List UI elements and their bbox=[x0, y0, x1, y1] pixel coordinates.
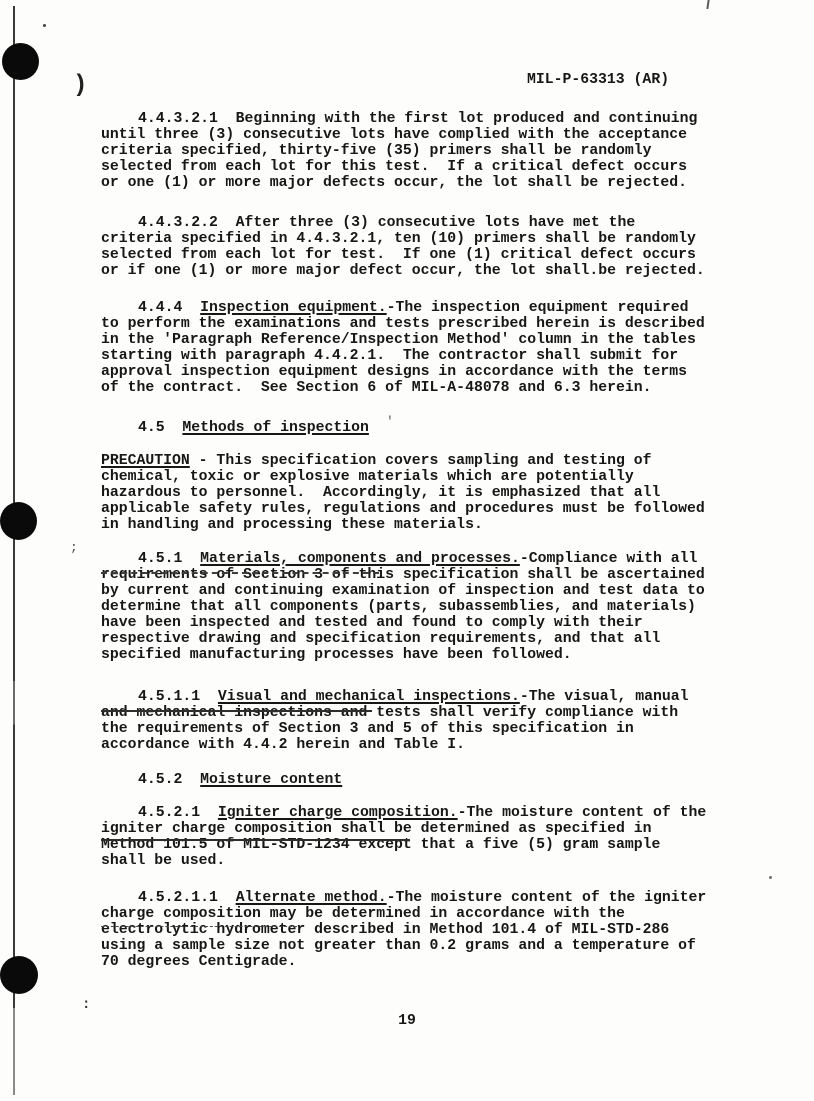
stray-semicolon-mark: ; bbox=[70, 540, 78, 555]
stray-tick-mark bbox=[706, 0, 709, 9]
paragraph-heading: Visual and mechanical inspections. bbox=[218, 689, 520, 705]
paragraph-text: 4.5.2.1.1 bbox=[138, 890, 236, 906]
hole-punch-bottom bbox=[0, 956, 38, 994]
paragraph-heading: Igniter charge composition. bbox=[218, 805, 458, 821]
paragraph-4-4-3-2-2: 4.4.3.2.2 After three (3) consecutive lo… bbox=[101, 215, 761, 279]
spec-number-header: MIL-P-63313 (AR) bbox=[527, 72, 669, 88]
underline-artifact bbox=[101, 926, 297, 927]
paragraph-4-5-2-1-1-alternate-method: 4.5.2.1.1 Alternate method.-The moisture… bbox=[101, 890, 761, 970]
paragraph-text: 4.4.3.2.2 After three (3) consecutive lo… bbox=[101, 215, 705, 279]
heading-4-5-2-moisture-content: 4.5.2 Moisture content bbox=[101, 772, 761, 788]
paragraph-text: 4.5.2.1 bbox=[138, 805, 218, 821]
document-page: MIL-P-63313 (AR) ) ' ; : 4.4.3.2.1 Begin… bbox=[0, 0, 814, 1101]
paragraph-heading: Alternate method. bbox=[236, 890, 387, 906]
paragraph-text: 4.5.2 bbox=[138, 772, 200, 788]
paragraph-text: 4.4.3.2.1 Beginning with the first lot p… bbox=[101, 111, 697, 191]
underline-artifact bbox=[101, 839, 410, 841]
paragraph-text: 4.5 bbox=[138, 420, 182, 436]
paragraph-4-5-2-1-igniter-charge-composition: 4.5.2.1 Igniter charge composition.-The … bbox=[101, 805, 761, 869]
ink-speck bbox=[43, 24, 46, 27]
paragraph-4-4-3-2-1: 4.4.3.2.1 Beginning with the first lot p… bbox=[101, 111, 761, 191]
ink-speck bbox=[769, 876, 772, 879]
paragraph-heading: Methods of inspection bbox=[182, 420, 368, 436]
page-number: 19 bbox=[0, 1013, 814, 1029]
paragraph-heading: Materials, components and processes. bbox=[200, 551, 520, 567]
paragraph-4-5-1-materials-components-processes: 4.5.1 Materials, components and processe… bbox=[101, 551, 761, 663]
underline-artifact bbox=[101, 572, 379, 574]
paragraph-4-5-1-1-visual-mechanical-inspections: 4.5.1.1 Visual and mechanical inspection… bbox=[101, 689, 761, 753]
paragraph-text: 4.4.4 bbox=[138, 300, 200, 316]
paragraph-heading: Inspection equipment. bbox=[200, 300, 386, 316]
underline-artifact bbox=[101, 710, 372, 712]
paragraph-text: -Compliance with all requirements of Sec… bbox=[101, 551, 705, 663]
hole-punch-top bbox=[2, 43, 39, 80]
paragraph-text: 4.5.1 bbox=[138, 551, 200, 567]
paragraph-heading: Moisture content bbox=[200, 772, 342, 788]
binder-edge-line bbox=[13, 6, 15, 1095]
paragraph-text: 4.5.1.1 bbox=[138, 689, 218, 705]
paragraph-4-4-4-inspection-equipment: 4.4.4 Inspection equipment.-The inspecti… bbox=[101, 300, 761, 396]
stray-colon-mark: : bbox=[82, 997, 90, 1013]
paragraph-heading: PRECAUTION bbox=[101, 453, 190, 469]
hole-punch-middle bbox=[0, 502, 37, 540]
paragraph-text: - This specification covers sampling and… bbox=[101, 453, 705, 533]
stray-paren-mark: ) bbox=[73, 73, 87, 99]
paragraph-precaution: PRECAUTION - This specification covers s… bbox=[101, 453, 761, 533]
heading-4-5-methods-of-inspection: 4.5 Methods of inspection bbox=[101, 420, 761, 436]
